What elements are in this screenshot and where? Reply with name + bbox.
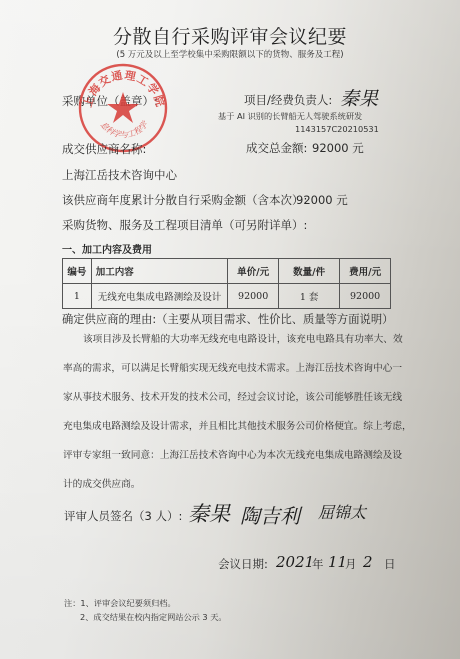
- note-2: 2、成交结果在校内指定网站公示 3 天。: [80, 611, 227, 623]
- supplier-name: 上海江岳技术咨询中心: [62, 167, 177, 183]
- table-row: 1 无线充电集成电路测绘及设计 92000 1 套 92000: [63, 284, 391, 309]
- meeting-date-day-unit: 日: [384, 556, 396, 572]
- meeting-date-month-unit: 月: [345, 556, 357, 572]
- supplier-label: 成交供应商名称:: [62, 141, 146, 157]
- col-header-cost: 费用/元: [340, 259, 391, 284]
- reason-line: 率高的需求，可以满足长臂船实现无线充电技术需求。上海江岳技术咨询中心一: [63, 354, 393, 383]
- project-lead-label: 项目/经费负责人:: [244, 92, 332, 108]
- meeting-date-year: 2021: [276, 553, 314, 571]
- cell-quantity: 1 套: [279, 284, 340, 309]
- cell-cost: 92000: [340, 284, 391, 309]
- cell-number: 1: [63, 284, 92, 309]
- reviewer-signature-3: 屈锦太: [318, 500, 366, 523]
- col-header-unit-price: 单价/元: [228, 259, 279, 284]
- reason-line: 计的成交供应商。: [63, 470, 393, 499]
- note-1: 注：1、评审会议纪要须归档。: [64, 597, 176, 609]
- col-header-quantity: 数量/件: [279, 259, 340, 284]
- col-header-number: 编号: [63, 259, 92, 284]
- meeting-date-label: 会议日期:: [218, 556, 268, 572]
- cell-unit-price: 92000: [228, 284, 279, 309]
- total-amount-label: 成交总金额:: [246, 140, 307, 156]
- reviewer-signature-2: 陶吉利: [240, 500, 300, 529]
- project-lead-signature: 秦果: [340, 84, 378, 111]
- table-header-row: 编号 加工内容 单价/元 数量/件 费用/元: [63, 259, 391, 284]
- reason-line: 充电集成电路测绘及设计需求，并且相比其他技术服务公司价格便宜。综上考虑，: [63, 412, 393, 441]
- reason-line: 该项目涉及长臂船的大功率无线充电电路设计，该充电电路具有功率大、效: [63, 325, 393, 354]
- project-code: 1143157C20210531: [295, 124, 379, 134]
- project-name: 基于 AI 识别的长臂船无人驾驶系统研发: [218, 111, 362, 122]
- annual-total-label: 该供应商年度累计分散自行采购金额（含本次）:: [62, 192, 307, 208]
- reason-line: 评审专家组一致同意：上海江岳技术咨询中心为本次无线充电集成电路测绘及设: [63, 441, 393, 470]
- meeting-date-year-unit: 年: [312, 556, 324, 572]
- reviewers-label: 评审人员签名（3 人）:: [64, 508, 182, 524]
- document-subtitle: (5 万元及以上至学校集中采购限额以下的货物、服务及工程): [0, 48, 460, 60]
- col-header-content: 加工内容: [91, 259, 228, 284]
- section-title: 一、加工内容及费用: [62, 241, 152, 256]
- reason-line: 家从事技术服务、技术开发的技术公司，经过会议讨论，该公司能够胜任该无线: [63, 383, 393, 412]
- annual-total-value: 92000 元: [296, 192, 348, 208]
- items-table: 编号 加工内容 单价/元 数量/件 费用/元 1 无线充电集成电路测绘及设计 9…: [62, 258, 391, 309]
- reviewer-signature-1: 秦果: [188, 498, 230, 528]
- meeting-date-day: 2: [363, 553, 373, 571]
- item-list-label: 采购货物、服务及工程项目清单（可另附详单）:: [62, 217, 307, 233]
- document-title: 分散自行采购评审会议纪要: [0, 22, 460, 49]
- cell-content: 无线充电集成电路测绘及设计: [91, 284, 228, 309]
- reason-paragraph: 该项目涉及长臂船的大功率无线充电电路设计，该充电电路具有功率大、效 率高的需求，…: [63, 325, 393, 499]
- total-amount-value: 92000 元: [312, 140, 364, 156]
